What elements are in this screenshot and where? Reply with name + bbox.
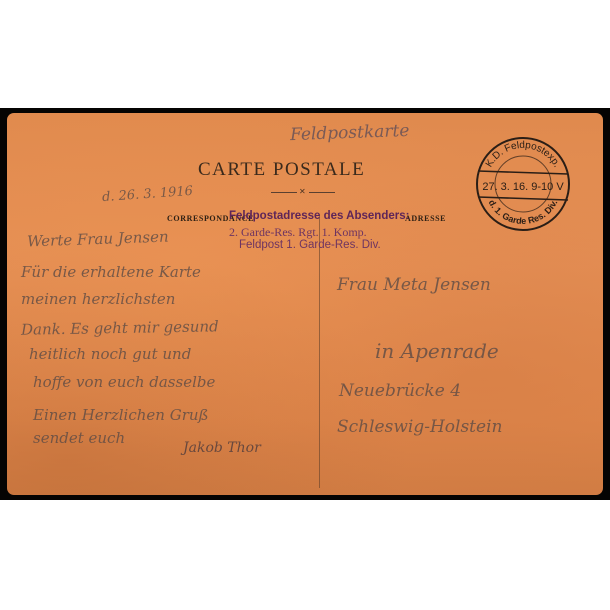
sender-stamp-line-1: Feldpostadresse des Absenders:: [229, 210, 409, 222]
message-line: hoffe von euch dasselbe: [33, 373, 215, 391]
message-line: Werte Frau Jensen: [27, 228, 169, 251]
sender-stamp-line-3: Feldpost 1. Garde-Res. Div.: [239, 239, 381, 251]
message-line: Dank. Es geht mir gesund: [21, 317, 219, 338]
signature: Jakob Thor: [183, 440, 261, 456]
postmark: K.D. Feldpostexp. 27. 3. 16. 9-10 V d. 1…: [473, 134, 573, 234]
title-ornament: ✕: [271, 187, 335, 197]
svg-text:K.D. Feldpostexp.: K.D. Feldpostexp.: [484, 140, 562, 169]
address-line: Neuebrücke 4: [339, 381, 461, 401]
message-line: heitlich noch gut und: [29, 345, 191, 363]
postcard-title: CARTE POSTALE: [198, 159, 365, 181]
message-line: Einen Herzlichen Gruß: [33, 406, 209, 424]
postcard: Feldpostkarte CARTE POSTALE ✕ d. 26. 3. …: [7, 113, 603, 495]
postmark-circle-icon: K.D. Feldpostexp. 27. 3. 16. 9-10 V d. 1…: [473, 134, 573, 234]
handwritten-date: d. 26. 3. 1916: [102, 184, 194, 205]
address-line: Schleswig-Holstein: [337, 417, 502, 437]
ornament-icon: ✕: [299, 187, 306, 196]
svg-text:27. 3. 16. 9-10 V: 27. 3. 16. 9-10 V: [482, 181, 564, 193]
adresse-label: ADRESSE: [405, 214, 446, 223]
handwritten-feldpostkarte: Feldpostkarte: [290, 121, 410, 145]
message-line: meinen herzlichsten: [21, 290, 175, 308]
address-line: in Apenrade: [375, 339, 499, 363]
center-divider: [319, 216, 320, 488]
message-line: sendet euch: [33, 429, 125, 447]
address-line: Frau Meta Jensen: [337, 275, 491, 295]
message-line: Für die erhaltene Karte: [21, 263, 201, 281]
sender-stamp-line-2: 2. Garde-Res. Rgt. 1. Komp.: [229, 225, 367, 240]
